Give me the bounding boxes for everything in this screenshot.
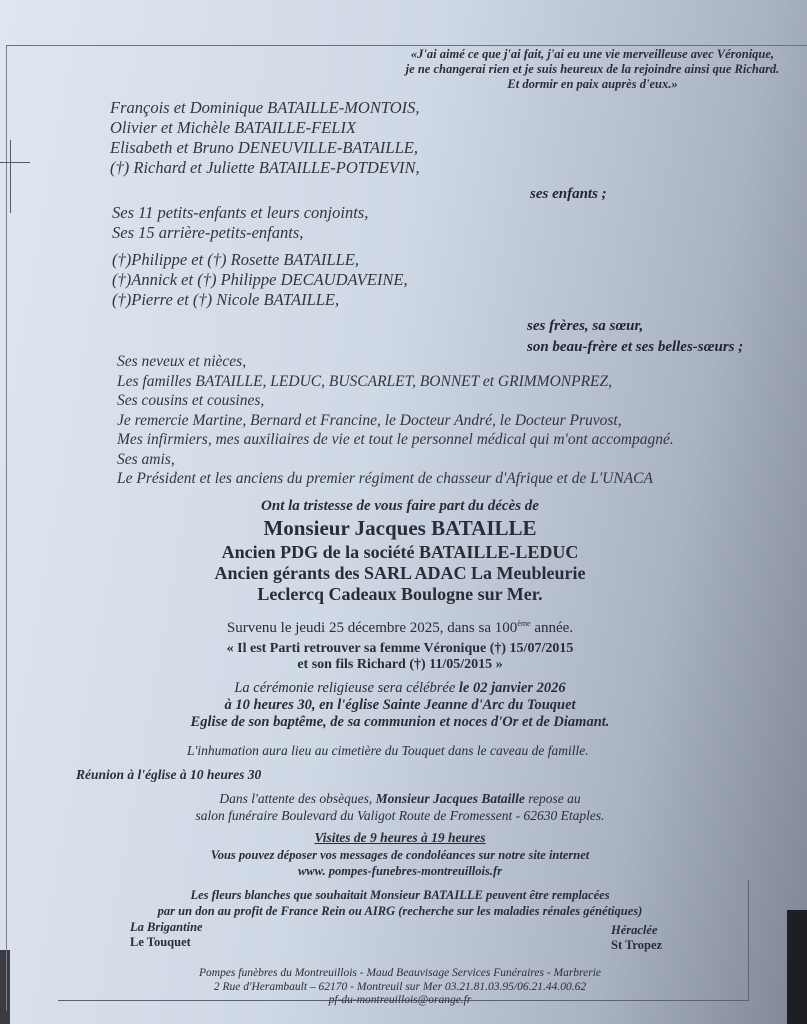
rest-text: Dans l'attente des obsèques, <box>219 791 375 806</box>
others-entry: Ses cousins et cousines, <box>117 391 674 411</box>
others-entry: Mes infirmiers, mes auxiliaires de vie e… <box>117 430 674 450</box>
rest-address: salon funéraire Boulevard du Valigot Rou… <box>50 807 750 824</box>
deceased-titles: Ancien PDG de la société BATAILLE-LEDUC … <box>50 542 750 605</box>
others-entry: Le Président et les anciens du premier r… <box>117 469 674 489</box>
grandchildren-entry: Ses 11 petits-enfants et leurs conjoints… <box>112 203 368 223</box>
visit-hours: Visites de 9 heures à 19 heures <box>50 830 750 846</box>
ceremony-info: La cérémonie religieuse sera célébrée le… <box>50 680 750 731</box>
place-city: Le Touquet <box>130 935 203 950</box>
grandchildren-list: Ses 11 petits-enfants et leurs conjoints… <box>112 203 368 243</box>
footer-line: Pompes funèbres du Montreuillois - Maud … <box>50 967 750 981</box>
others-entry: Les familles BATAILLE, LEDUC, BUSCARLET,… <box>117 372 674 392</box>
footer-line: 2 Rue d'Herambault – 62170 - Montreuil s… <box>50 981 750 995</box>
flowers-info: Les fleurs blanches que souhaitait Monsi… <box>50 887 750 919</box>
place-name: La Brigantine <box>130 920 203 935</box>
child-entry: Olivier et Michèle BATAILLE-FELIX <box>110 118 420 138</box>
others-entry: Ses amis, <box>117 450 674 470</box>
rest-text-end: repose au <box>525 791 581 806</box>
children-label: ses enfants ; <box>530 186 607 203</box>
ceremony-date: le 02 janvier 2026 <box>459 680 566 696</box>
gathering-info: Réunion à l'église à 10 heures 30 <box>76 767 261 783</box>
rest-info: Dans l'attente des obsèques, Monsieur Ja… <box>50 790 750 824</box>
flowers-line: par un don au profit de France Rein ou A… <box>50 903 750 919</box>
rest-name: Monsieur Jacques Bataille <box>376 791 525 806</box>
deceased-name: Monsieur Jacques BATAILLE <box>50 516 750 541</box>
death-date: Survenu le jeudi 25 décembre 2025, dans … <box>50 619 750 637</box>
ceremony-text: La cérémonie religieuse sera célébrée <box>234 680 459 696</box>
quote-line: «J'ai aimé ce que j'ai fait, j'ai eu une… <box>405 47 780 62</box>
siblings-list: (†)Philippe et (†) Rosette BATAILLE, (†)… <box>112 250 408 310</box>
funeral-home-footer: Pompes funèbres du Montreuillois - Maud … <box>50 967 750 1008</box>
place-city: St Tropez <box>611 938 662 953</box>
others-list: Ses neveux et nièces, Les familles BATAI… <box>117 352 674 489</box>
sibling-entry: (†)Pierre et (†) Nicole BATAILLE, <box>112 290 408 310</box>
title-line: Ancien gérants des SARL ADAC La Meubleur… <box>50 563 750 584</box>
title-line: Leclercq Cadeaux Boulogne sur Mer. <box>50 584 750 605</box>
title-line: Ancien PDG de la société BATAILLE-LEDUC <box>50 542 750 563</box>
quote-line: je ne changerai rien et je suis heureux … <box>405 62 780 77</box>
burial-info: L'inhumation aura lieu au cimetière du T… <box>187 743 589 759</box>
places-right: Héraclée St Tropez <box>611 923 662 953</box>
sibling-entry: (†)Annick et (†) Philippe DECAUDAVEINE, <box>112 270 408 290</box>
condolences-text: Vous pouvez déposer vos messages de cond… <box>50 847 750 863</box>
child-entry: François et Dominique BATAILLE-MONTOIS, <box>110 98 420 118</box>
death-text: Survenu le jeudi 25 décembre 2025, dans … <box>227 620 517 636</box>
ceremony-place: à 10 heures 30, en l'église Sainte Jeann… <box>50 697 750 714</box>
ceremony-note: Eglise de son baptême, de sa communion e… <box>50 714 750 731</box>
death-text-end: année. <box>531 620 573 636</box>
reunion-line: « Il est Parti retrouver sa femme Véroni… <box>50 641 750 657</box>
others-entry: Ses neveux et nièces, <box>117 352 674 372</box>
quote-line: Et dormir en paix auprès d'eux.» <box>405 77 780 92</box>
flowers-line: Les fleurs blanches que souhaitait Monsi… <box>50 887 750 903</box>
reunion-line: et son fils Richard (†) 11/05/2015 » <box>50 657 750 673</box>
death-ordinal: ème <box>517 619 530 628</box>
announcement-intro: Ont la tristesse de vous faire part du d… <box>50 498 750 515</box>
sibling-entry: (†)Philippe et (†) Rosette BATAILLE, <box>112 250 408 270</box>
places-left: La Brigantine Le Touquet <box>130 920 203 950</box>
epigraph-quote: «J'ai aimé ce que j'ai fait, j'ai eu une… <box>405 47 780 92</box>
email-link[interactable]: pf-du-montreuillois@orange.fr <box>50 994 750 1008</box>
siblings-label-line: ses frères, sa sœur, <box>527 316 743 337</box>
cross-icon-bar <box>0 162 30 163</box>
website-link[interactable]: www. pompes-funebres-montreuillois.fr <box>50 863 750 879</box>
others-entry: Je remercie Martine, Bernard et Francine… <box>117 411 674 431</box>
child-entry: Elisabeth et Bruno DENEUVILLE-BATAILLE, <box>110 138 420 158</box>
child-entry: (†) Richard et Juliette BATAILLE-POTDEVI… <box>110 158 420 178</box>
condolences-info: Vous pouvez déposer vos messages de cond… <box>50 847 750 879</box>
grandchildren-entry: Ses 15 arrière-petits-enfants, <box>112 223 368 243</box>
cross-icon <box>10 140 11 213</box>
reunion-quote: « Il est Parti retrouver sa femme Véroni… <box>50 641 750 673</box>
place-name: Héraclée <box>611 923 662 938</box>
children-list: François et Dominique BATAILLE-MONTOIS, … <box>110 98 420 178</box>
